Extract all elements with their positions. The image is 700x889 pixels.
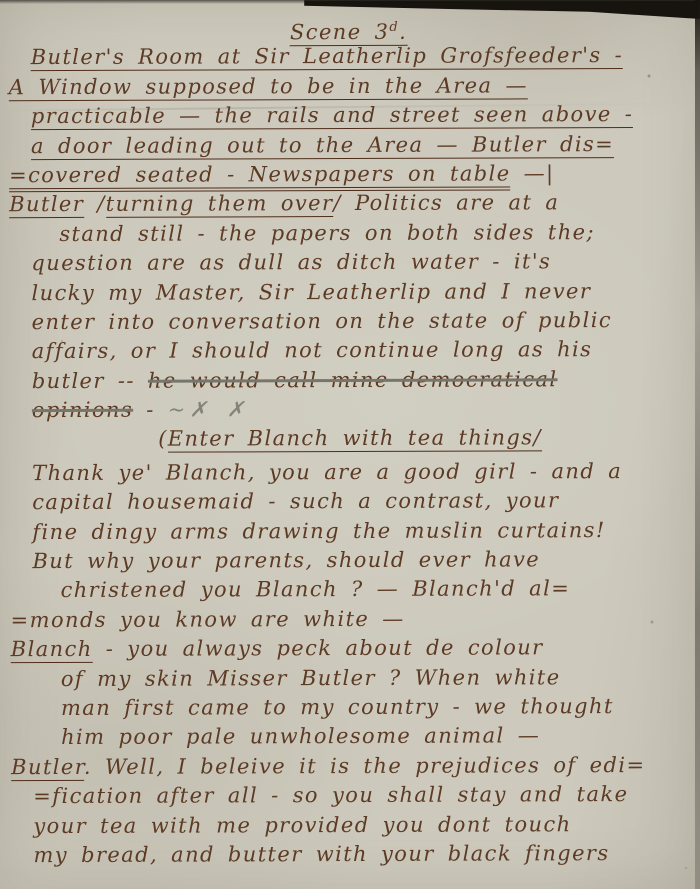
stage-direction-line: A Window supposed to be in the Area —: [9, 71, 693, 103]
dialogue-line: Butler. Well, I beleive it is the prejud…: [11, 751, 695, 783]
dialogue-line: =monds you know are white —: [11, 604, 695, 636]
pencil-mark: ∼✗ ✗: [168, 397, 249, 421]
text-run: —|: [510, 161, 554, 185]
text-run: butler --: [32, 368, 148, 392]
speaker-name: Butler: [11, 755, 84, 781]
dialogue-line: my bread, and butter with your black fin…: [33, 839, 695, 871]
dialogue-line: affairs, or I should not continue long a…: [32, 335, 694, 367]
text-run: question are as dull as ditch water - it…: [31, 249, 551, 275]
stage-direction-line: practicable — the rails and street seen …: [31, 100, 693, 132]
text-run: capital housemaid - such a contrast, you…: [32, 489, 559, 515]
text-run: But why your parents, should ever have: [32, 547, 540, 573]
text-run: (: [158, 427, 168, 451]
dialogue-line: question are as dull as ditch water - it…: [31, 247, 693, 279]
dialogue-line: butler -- he would call mine democratica…: [32, 364, 694, 396]
dialogue-line: stand still - the papers on both sides t…: [59, 218, 693, 250]
dialogue-line: enter into conversation on the state of …: [32, 306, 694, 338]
dialogue-line: Thank ye' Blanch, you are a good girl - …: [32, 457, 694, 489]
inline-stage-direction: turning them over: [106, 191, 334, 218]
speaker-name: Blanch: [11, 637, 93, 663]
dialogue-line: christened you Blanch ? — Blanch'd al=: [60, 574, 694, 606]
stage-direction: Enter Blanch with tea things: [168, 426, 534, 453]
stage-direction: =covered seated - Newspapers on table: [9, 161, 511, 192]
text-run: your tea with me provided you dont touch: [33, 812, 571, 838]
dialogue-line: =fication after all - so you shall stay …: [33, 780, 695, 812]
struck-text: opinions: [32, 398, 133, 422]
text-run: . Well, I beleive it is the prejudices o…: [84, 753, 646, 779]
text-run: enter into conversation on the state of …: [32, 308, 612, 334]
dialogue-line: fine dingy arms drawing the muslin curta…: [32, 515, 694, 547]
dialogue-line: your tea with me provided you dont touch: [33, 809, 695, 841]
text-run: - you always peck about de colour: [93, 636, 544, 662]
text-run: lucky my Master, Sir Leatherlip and I ne…: [31, 279, 591, 305]
text-run: stand still - the papers on both sides t…: [59, 220, 595, 246]
text-run: of my skin Misser Butler ? When white: [61, 665, 561, 691]
text-run: /: [533, 426, 542, 452]
stage-direction: A Window supposed to be in the Area —: [9, 73, 528, 101]
speaker-name: Butler: [9, 192, 84, 218]
dialogue-line: lucky my Master, Sir Leatherlip and I ne…: [31, 276, 693, 308]
text-run: -: [133, 398, 168, 422]
text-run: =monds you know are white —: [11, 607, 405, 632]
text-run: christened you Blanch ? — Blanch'd al=: [61, 577, 571, 603]
text-run: fine dingy arms drawing the muslin curta…: [32, 518, 605, 544]
struck-text: he would call mine democratical: [148, 367, 558, 392]
text-run: my bread, and butter with your black fin…: [33, 841, 609, 867]
text-run: man first came to my country - we though…: [61, 694, 614, 720]
scene-heading: Scene 3d.: [5, 12, 693, 44]
dialogue-line: of my skin Misser Butler ? When white: [61, 662, 695, 694]
text-run: Thank ye' Blanch, you are a good girl - …: [32, 459, 622, 485]
page-edge-right: [695, 0, 700, 889]
dialogue-line: man first came to my country - we though…: [61, 692, 695, 724]
stage-direction-line: a door leading out to the Area — Butler …: [31, 129, 693, 161]
stage-direction: practicable — the rails and street seen …: [31, 102, 633, 130]
text-run: =fication after all - so you shall stay …: [33, 782, 628, 808]
manuscript-page: Scene 3d.Butler's Room at Sir Leatherlip…: [0, 0, 700, 889]
text-run: him poor pale unwholesome animal —: [61, 724, 540, 750]
stage-direction-line: =covered seated - Newspapers on table —|: [9, 159, 693, 191]
dialogue-line: Butler /turning them over/ Politics are …: [9, 188, 693, 220]
stage-direction: a door leading out to the Area — Butler …: [31, 132, 614, 160]
dialogue-line: But why your parents, should ever have: [32, 545, 694, 577]
stage-direction-line: (Enter Blanch with tea things/: [6, 423, 694, 455]
dialogue-line: capital housemaid - such a contrast, you…: [32, 486, 694, 518]
manuscript-text: Scene 3d.Butler's Room at Sir Leatherlip…: [0, 0, 700, 871]
dialogue-line: opinions - ∼✗ ✗: [32, 394, 694, 426]
text-run: affairs, or I should not continue long a…: [32, 337, 593, 363]
stage-direction-line: Butler's Room at Sir Leatherlip Grofsfee…: [31, 41, 693, 73]
text-run: / Politics are at a: [333, 191, 559, 216]
text-run: /: [84, 192, 106, 216]
dialogue-line: him poor pale unwholesome animal —: [61, 721, 695, 753]
stage-direction: Butler's Room at Sir Leatherlip Grofsfee…: [31, 43, 624, 71]
dialogue-line: Blanch - you always peck about de colour: [11, 633, 695, 665]
